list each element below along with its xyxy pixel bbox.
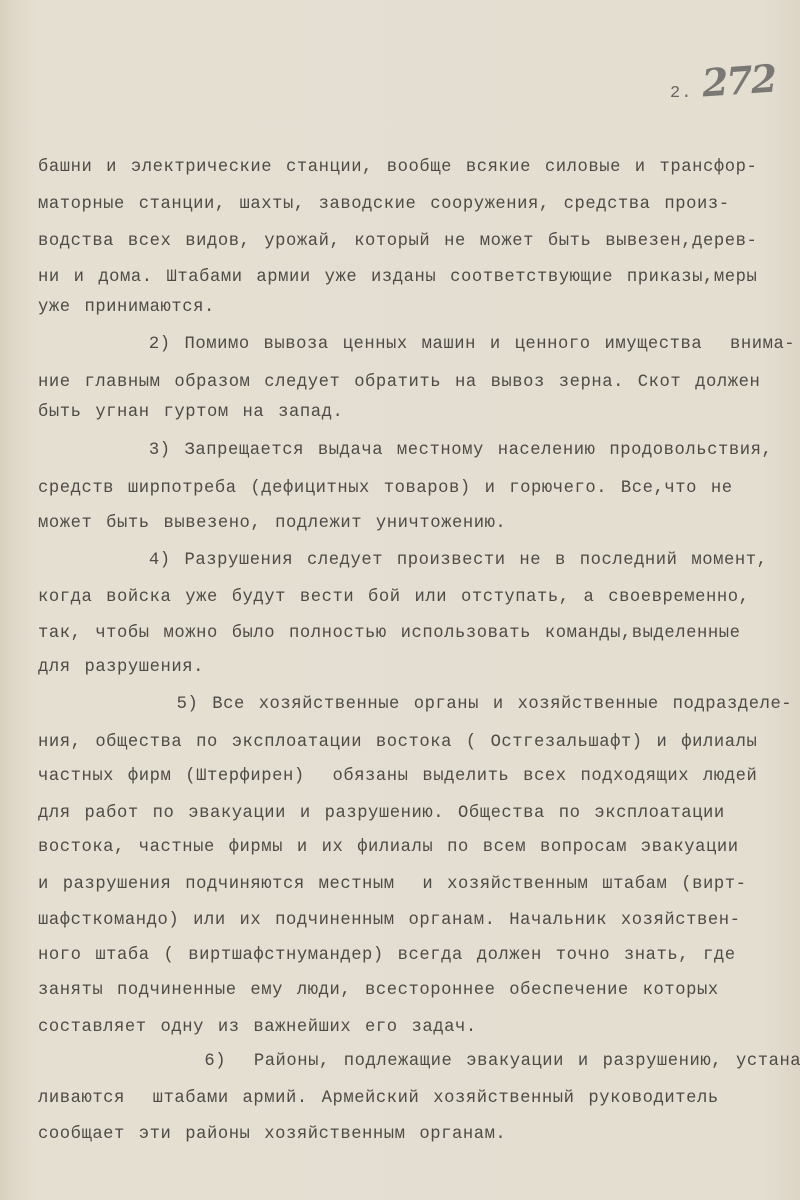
text-line: для работ по эвакуации и разрушению. Общ… — [38, 804, 725, 824]
text-line: 2) Помимо вывоза ценных машин и ценного … — [38, 335, 795, 355]
text-line: востока, частные фирмы и их филиалы по в… — [38, 838, 739, 858]
text-line: составляет одну из важнейших его задач. — [38, 1018, 477, 1038]
document-page: 2. 272 башни и электрические станции, во… — [0, 0, 800, 1200]
text-line: ни и дома. Штабами армии уже изданы соот… — [38, 268, 757, 288]
text-line: 6) Районы, подлежащие эвакуации и разруш… — [38, 1052, 800, 1072]
text-line: уже принимаются. — [38, 298, 215, 318]
text-line: сообщает эти районы хозяйственным органа… — [38, 1125, 506, 1145]
text-line: для разрушения. — [38, 658, 204, 678]
handwritten-archive-number: 272 — [701, 55, 777, 105]
text-line: частных фирм (Штерфирен) обязаны выделит… — [38, 767, 757, 787]
text-line: маторные станции, шахты, заводские соору… — [38, 195, 730, 215]
text-line: шафсткомандо) или их подчиненным органам… — [38, 911, 740, 931]
text-line: может быть вывезено, подлежит уничтожени… — [38, 514, 506, 534]
text-line: средств ширпотреба (дефицитных товаров) … — [38, 479, 733, 499]
text-line: водства всех видов, урожай, который не м… — [38, 232, 757, 252]
text-line: ливаются штабами армий. Армейский хозяйс… — [38, 1089, 719, 1109]
text-line: заняты подчиненные ему люди, всесторонне… — [38, 981, 719, 1001]
text-line: 3) Запрещается выдача местному населению… — [38, 441, 772, 461]
text-line: и разрушения подчиняются местным и хозяй… — [38, 875, 746, 895]
text-line: так, чтобы можно было полностью использо… — [38, 624, 740, 644]
page-number: 2. — [670, 84, 692, 103]
text-line: 4) Разрушения следует произвести не в по… — [38, 551, 767, 571]
text-line: ния, общества по эксплоатации востока ( … — [38, 733, 757, 753]
text-line: 5) Все хозяйственные органы и хозяйствен… — [38, 695, 792, 715]
text-line: когда войска уже будут вести бой или отс… — [38, 588, 749, 608]
text-line: ного штаба ( виртшафстнумандер) всегда д… — [38, 946, 736, 966]
text-line: башни и электрические станции, вообще вс… — [38, 158, 757, 178]
text-line: ние главным образом следует обратить на … — [38, 373, 760, 393]
text-line: быть угнан гуртом на запад. — [38, 403, 343, 423]
